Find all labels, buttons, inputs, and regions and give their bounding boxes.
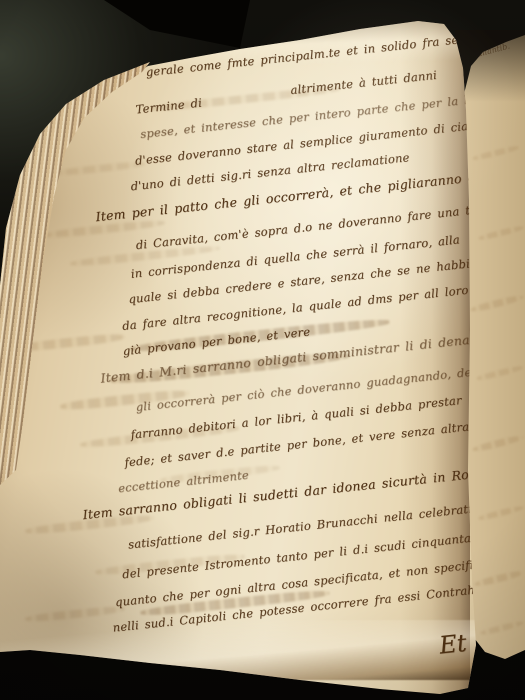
manuscript-photo: Aguilantib. gerale come fmte principalm.… (0, 0, 525, 700)
manuscript-line: altrimente à tutti danni (290, 70, 438, 97)
ghost-text-mark (474, 569, 524, 588)
ghost-text-mark (478, 505, 524, 522)
manuscript-line: Termine di (135, 98, 202, 116)
ink-paraph: Et (438, 631, 468, 658)
ghost-text-mark (478, 225, 524, 242)
ghost-text-mark (470, 294, 524, 314)
ghost-text-mark (472, 144, 520, 161)
handwriting-layer: gerale come fmte principalm.te et in sol… (60, 0, 525, 667)
ghost-text-mark (480, 620, 524, 636)
ghost-text-mark (472, 434, 524, 453)
ghost-text-mark (476, 364, 524, 381)
